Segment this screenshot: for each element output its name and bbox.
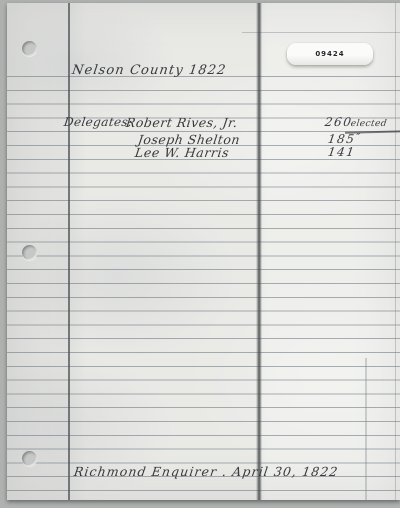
delegate-votes: 260 <box>324 115 353 129</box>
punch-hole-bottom <box>22 451 37 466</box>
source-citation: Richmond Enquirer . April 30, 1822 <box>73 464 340 479</box>
delegates-label: Delegates: <box>63 115 134 129</box>
punch-hole-top <box>22 41 37 56</box>
catalog-label: 09424 <box>287 43 373 65</box>
page-title: Nelson County 1822 <box>71 63 227 78</box>
secondary-crease <box>365 358 367 500</box>
notebook-page: 09424 Nelson County 1822 Delegates: Robe… <box>7 3 400 500</box>
delegate-name: Robert Rives, Jr. <box>125 115 239 130</box>
catalog-number: 09424 <box>315 50 344 58</box>
fold-crease <box>256 3 262 500</box>
delegate-note: elected <box>350 119 387 129</box>
faint-top-rule <box>242 32 400 33</box>
scanned-document: 09424 Nelson County 1822 Delegates: Robe… <box>0 0 400 508</box>
delegate-votes: 185 <box>327 132 356 146</box>
punch-hole-middle <box>22 245 37 260</box>
margin-line <box>68 3 70 500</box>
page-right-edge <box>395 3 396 500</box>
delegate-name: Lee W. Harris <box>134 145 230 160</box>
delegate-votes: 141 <box>327 145 356 159</box>
